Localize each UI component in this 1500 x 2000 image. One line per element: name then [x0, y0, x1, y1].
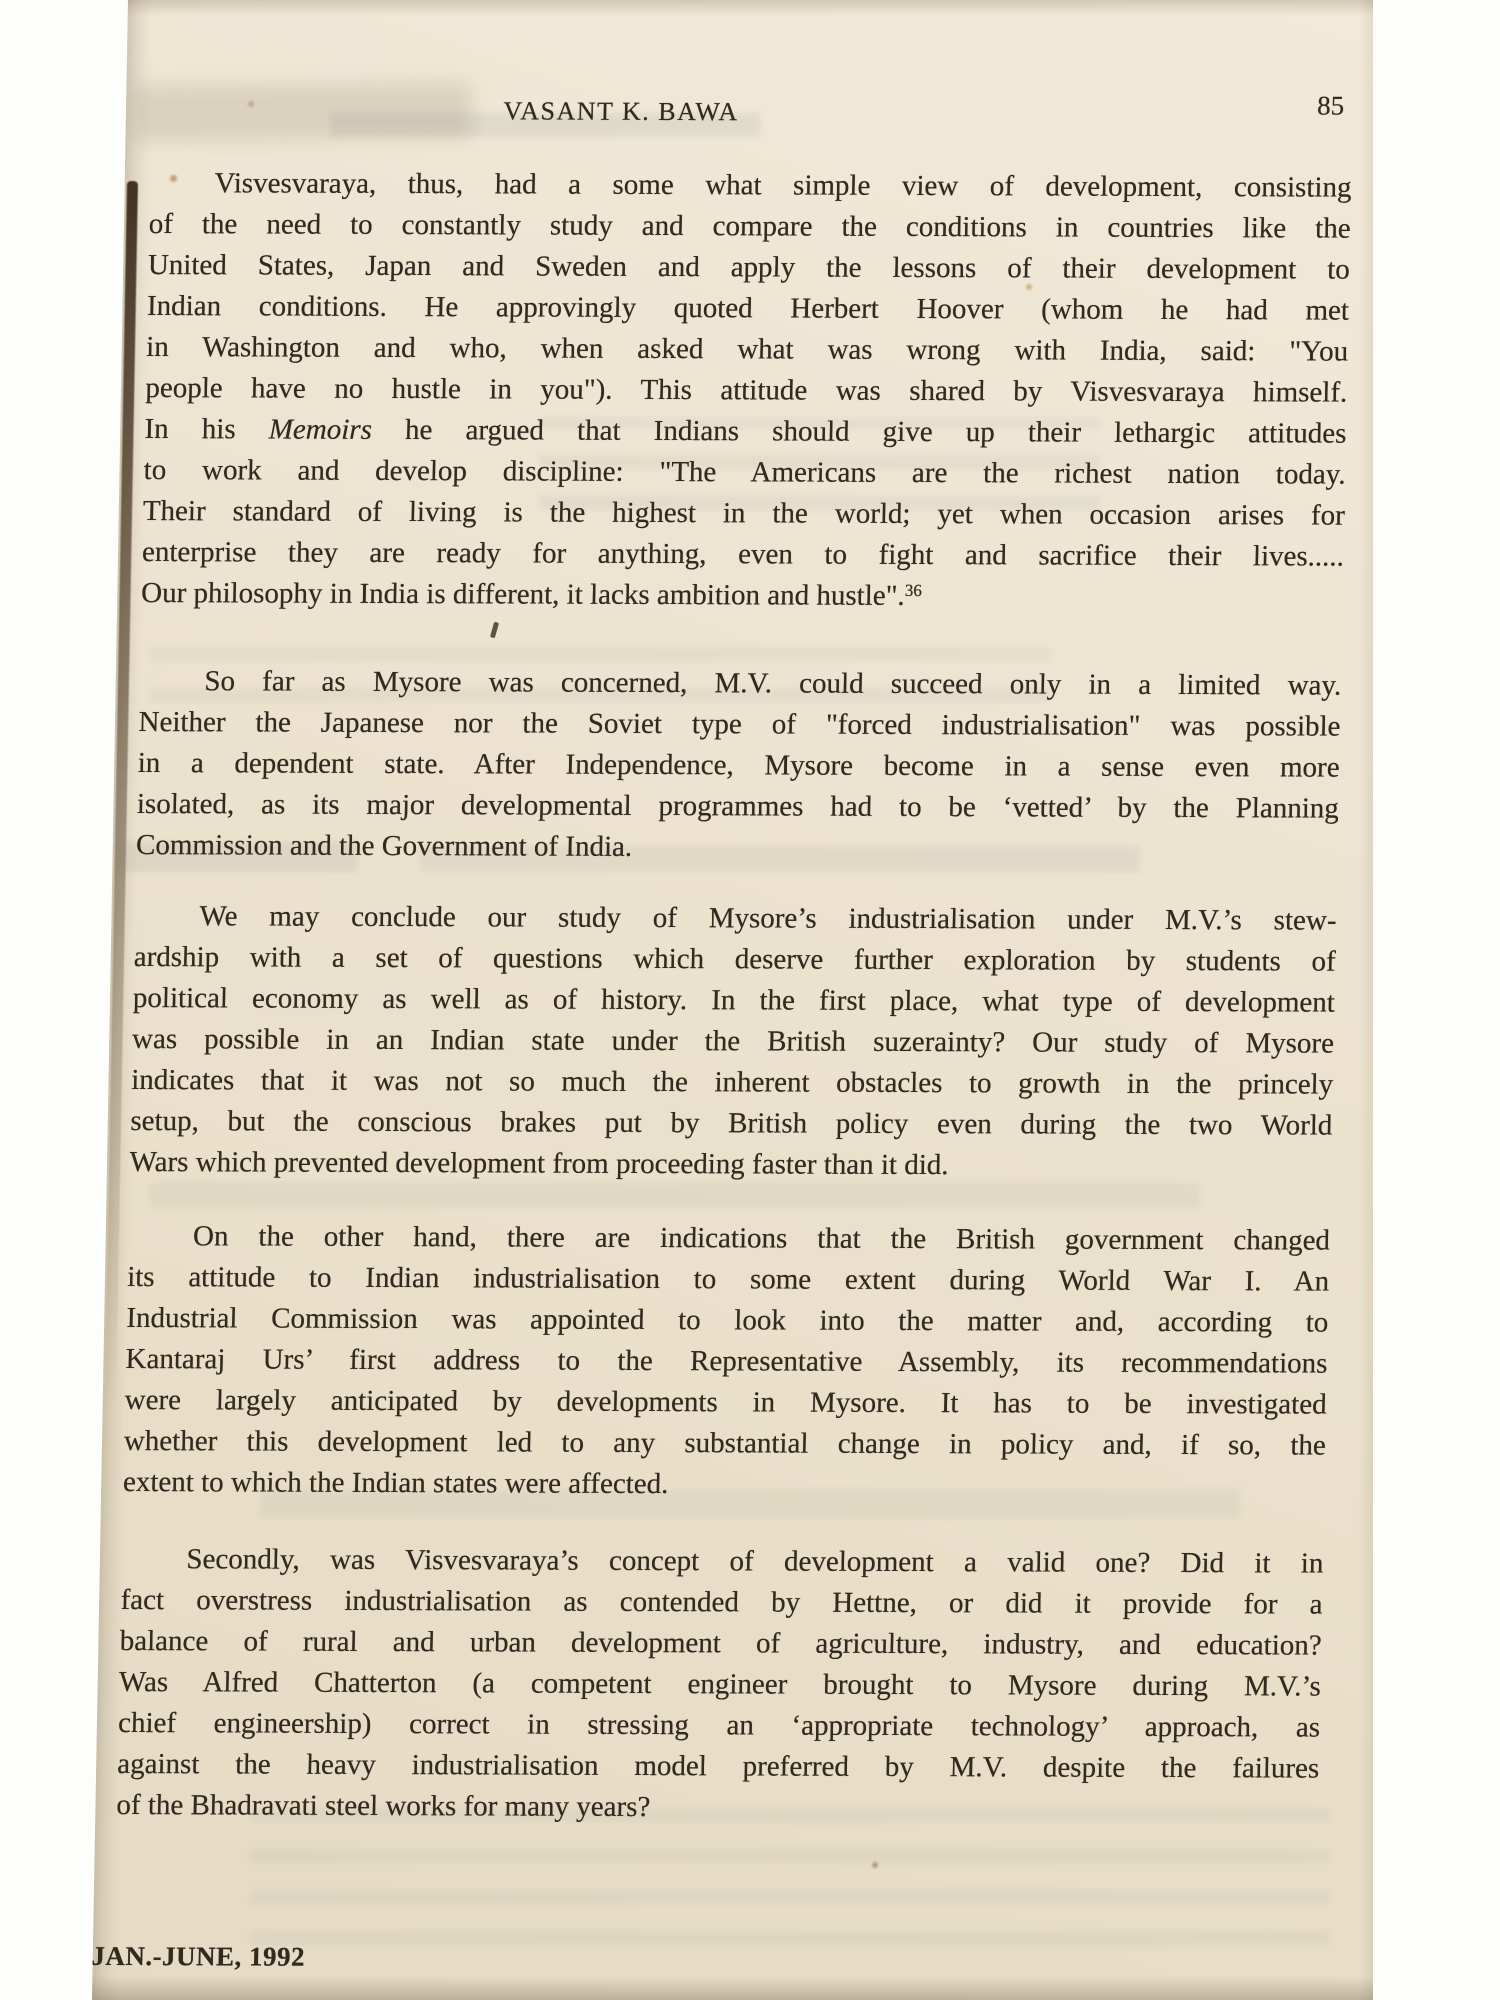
text-line: were largely anticipated by developments…: [124, 1380, 1327, 1426]
text-line: setup, but the conscious brakes put by B…: [130, 1101, 1333, 1147]
text-line: in Washington and who, when asked what w…: [146, 327, 1349, 373]
text-line: in a dependent state. After Independence…: [137, 743, 1340, 789]
printed-content: VASANT K. BAWA 85 Visvesvaraya, thus, ha…: [113, 163, 1352, 1968]
text-segment: in a dependent state. After Independence…: [137, 747, 1340, 784]
text-segment: Indian conditions. He approvingly quoted…: [147, 290, 1350, 327]
text-line: Neither the Japanese nor the Soviet type…: [138, 702, 1341, 748]
text-line: balance of rural and urban development o…: [119, 1621, 1322, 1667]
text-line: whether this development led to any subs…: [123, 1421, 1326, 1467]
text-segment: Their standard of living is the highest …: [143, 495, 1346, 532]
scanned-page: VASANT K. BAWA 85 Visvesvaraya, thus, ha…: [0, 0, 1500, 2000]
text-segment: Memoirs: [269, 413, 373, 445]
text-segment: in Washington and who, when asked what w…: [146, 331, 1349, 368]
text-line: Commission and the Government of India.: [136, 825, 1339, 871]
text-line: enterprise they are ready for anything, …: [142, 532, 1345, 578]
text-line: of the need to constantly study and comp…: [148, 204, 1351, 250]
text-line: against the heavy industrialisation mode…: [117, 1744, 1320, 1790]
text-line: So far as Mysore was concerned, M.V. cou…: [139, 661, 1342, 707]
text-segment: enterprise they are ready for anything, …: [142, 536, 1345, 573]
top-edge-shadow: [120, 0, 1380, 16]
paragraph: Secondly, was Visvesvaraya’s concept of …: [116, 1539, 1324, 1831]
text-segment: chief engineership) correct in stressing…: [118, 1707, 1321, 1744]
paragraph: On the other hand, there are indications…: [123, 1216, 1331, 1508]
text-line: Our philosophy in India is different, it…: [141, 573, 1344, 619]
text-segment: ardship with a set of questions which de…: [133, 941, 1336, 978]
text-line: United States, Japan and Sweden and appl…: [147, 245, 1350, 291]
text-line: extent to which the Indian states were a…: [123, 1462, 1326, 1508]
text-segment: were largely anticipated by developments…: [124, 1384, 1327, 1421]
paragraph: We may conclude our study of Mysore’s in…: [129, 896, 1337, 1188]
text-line: Industrial Commission was appointed to l…: [126, 1298, 1329, 1344]
text-segment: extent to which the Indian states were a…: [123, 1466, 669, 1500]
text-line: On the other hand, there are indications…: [128, 1216, 1331, 1262]
text-line: We may conclude our study of Mysore’s in…: [134, 896, 1337, 942]
text-segment: of the need to constantly study and comp…: [148, 208, 1351, 245]
text-segment: balance of rural and urban development o…: [119, 1625, 1322, 1662]
text-segment: of the Bhadravati steel works for many y…: [116, 1789, 651, 1823]
text-segment: isolated, as its major developmental pro…: [137, 788, 1340, 825]
footnote-reference: 36: [905, 581, 922, 600]
text-segment: to work and develop discipline: "The Ame…: [143, 454, 1346, 491]
journal-issue-date: JAN.-JUNE, 1992: [91, 1941, 305, 1973]
text-segment: indicates that it was not so much the in…: [131, 1064, 1334, 1101]
text-segment: Visvesvaraya, thus, had a some what simp…: [214, 167, 1352, 203]
text-line: its attitude to Indian industrialisation…: [127, 1257, 1330, 1303]
text-segment: Commission and the Government of India.: [136, 829, 633, 863]
text-line: isolated, as its major developmental pro…: [136, 784, 1339, 830]
text-line: Secondly, was Visvesvaraya’s concept of …: [121, 1539, 1324, 1585]
text-segment: he argued that Indians should give up th…: [372, 414, 1347, 450]
text-segment: Was Alfred Chatterton (a competent engin…: [119, 1666, 1322, 1703]
text-segment: So far as Mysore was concerned, M.V. cou…: [204, 665, 1342, 701]
bottom-edge-shadow: [80, 1976, 1500, 2000]
text-segment: United States, Japan and Sweden and appl…: [148, 249, 1351, 286]
text-segment: Secondly, was Visvesvaraya’s concept of …: [186, 1543, 1324, 1579]
text-line: to work and develop discipline: "The Ame…: [143, 450, 1346, 496]
text-line: indicates that it was not so much the in…: [131, 1060, 1334, 1106]
text-line: Their standard of living is the highest …: [142, 491, 1345, 537]
text-segment: fact overstress industrialisation as con…: [120, 1584, 1323, 1621]
text-segment: We may conclude our study of Mysore’s in…: [199, 900, 1337, 936]
text-line: In his Memoirs he argued that Indians sh…: [144, 409, 1347, 455]
text-segment: Our philosophy in India is different, it…: [141, 577, 905, 612]
page-number: 85: [1317, 90, 1345, 121]
text-line: Visvesvaraya, thus, had a some what simp…: [149, 163, 1352, 209]
text-segment: setup, but the conscious brakes put by B…: [130, 1105, 1333, 1142]
page-surface: VASANT K. BAWA 85 Visvesvaraya, thus, ha…: [0, 0, 1500, 2000]
text-segment: In his: [144, 413, 269, 445]
text-line: political economy as well as of history.…: [133, 978, 1336, 1024]
text-segment: against the heavy industrialisation mode…: [117, 1748, 1320, 1785]
right-edge-shadow: [1359, 0, 1375, 2000]
text-line: Wars which prevented development from pr…: [129, 1142, 1332, 1188]
text-segment: political economy as well as of history.…: [133, 982, 1336, 1019]
text-segment: On the other hand, there are indications…: [193, 1220, 1331, 1256]
text-line: Indian conditions. He approvingly quoted…: [147, 286, 1350, 332]
text-segment: was possible in an Indian state under th…: [132, 1023, 1335, 1060]
text-segment: its attitude to Indian industrialisation…: [127, 1261, 1330, 1298]
paragraph: Visvesvaraya, thus, had a some what simp…: [141, 163, 1352, 619]
text-line: of the Bhadravati steel works for many y…: [116, 1785, 1319, 1831]
text-segment: whether this development led to any subs…: [124, 1425, 1327, 1462]
text-line: fact overstress industrialisation as con…: [120, 1580, 1323, 1626]
text-segment: Industrial Commission was appointed to l…: [126, 1302, 1329, 1339]
text-line: ardship with a set of questions which de…: [133, 937, 1336, 983]
text-line: chief engineership) correct in stressing…: [118, 1703, 1321, 1749]
text-segment: Kantaraj Urs’ first address to the Repre…: [125, 1343, 1328, 1380]
text-line: was possible in an Indian state under th…: [132, 1019, 1335, 1065]
running-head-author: VASANT K. BAWA: [151, 95, 1092, 129]
text-line: Was Alfred Chatterton (a competent engin…: [119, 1662, 1322, 1708]
article-body: Visvesvaraya, thus, had a some what simp…: [116, 163, 1352, 1831]
paragraph: So far as Mysore was concerned, M.V. cou…: [136, 661, 1342, 871]
text-line: Kantaraj Urs’ first address to the Repre…: [125, 1339, 1328, 1385]
text-segment: Neither the Japanese nor the Soviet type…: [138, 706, 1341, 743]
text-segment: people have no hustle in you"). This att…: [145, 372, 1348, 409]
text-segment: Wars which prevented development from pr…: [129, 1146, 949, 1181]
text-line: people have no hustle in you"). This att…: [145, 368, 1348, 414]
